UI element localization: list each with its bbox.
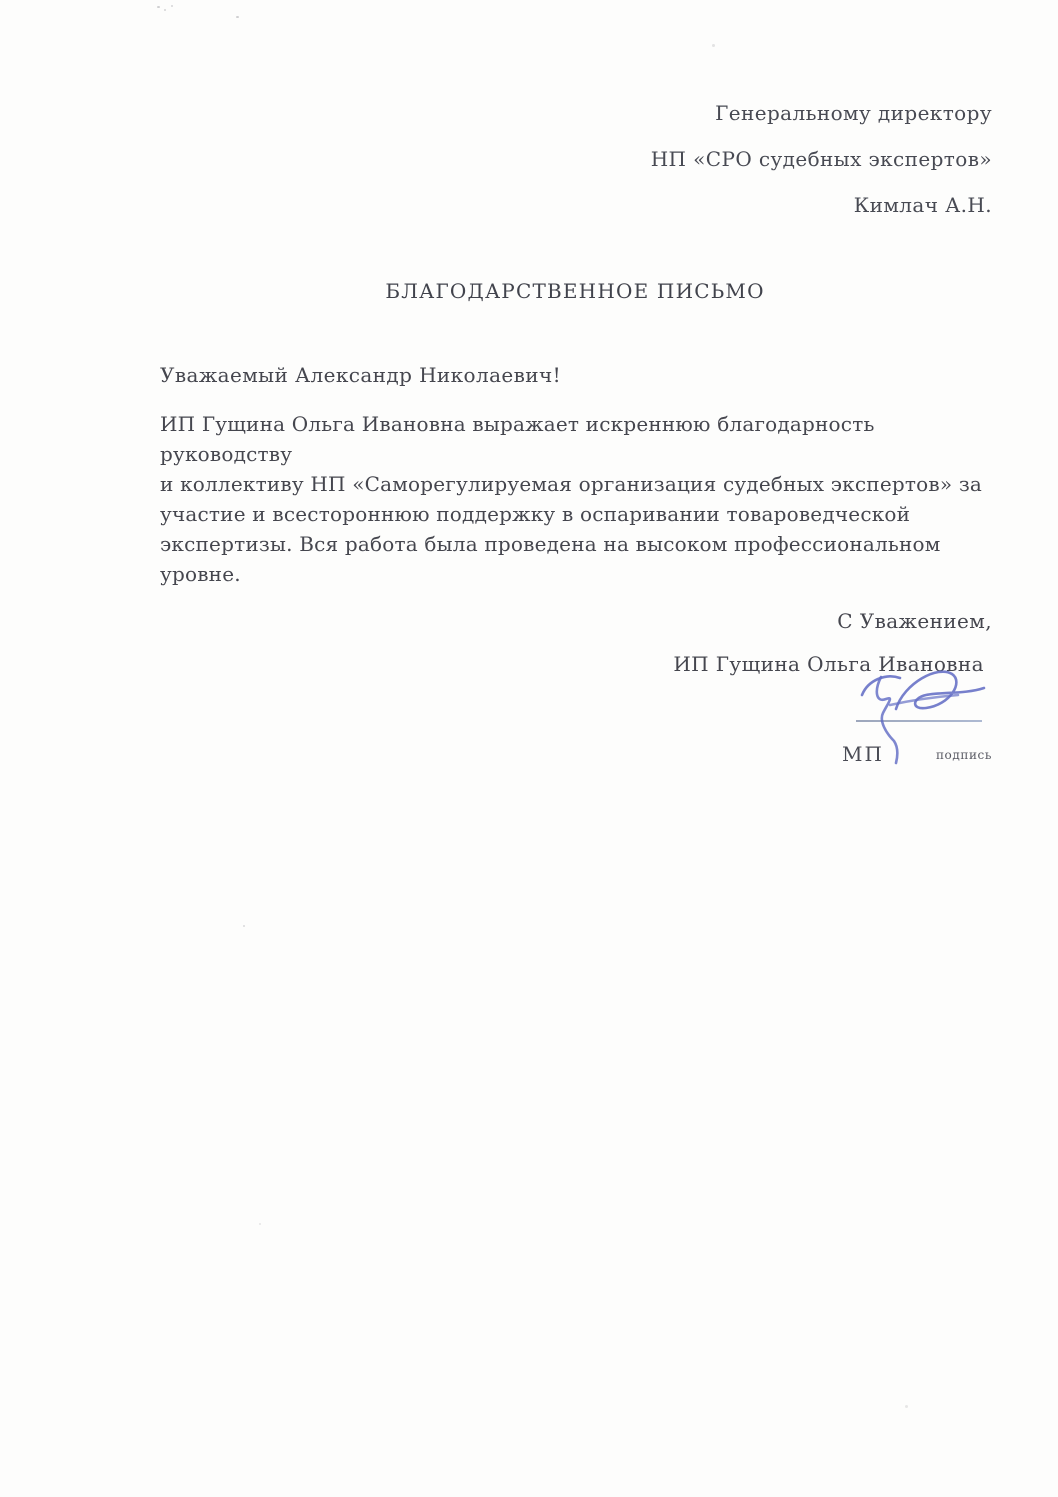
scan-speck: [157, 6, 160, 8]
scan-speck: [243, 925, 245, 927]
body-paragraph: ИП Гущина Ольга Ивановна выражает искрен…: [160, 409, 1005, 589]
paragraph-line: экспертизы. Вся работа была проведена на…: [160, 529, 1005, 559]
letter-title: БЛАГОДАРСТВЕННОЕ ПИСЬМО: [160, 279, 990, 303]
stamp-placeholder-label: МП: [842, 742, 884, 766]
recipient-line: Кимлач А.Н.: [651, 182, 992, 228]
scan-speck: [259, 1223, 261, 1225]
closing-regards: С Уважением,: [837, 609, 992, 633]
paragraph-line: участие и всестороннюю поддержку в оспар…: [160, 499, 1005, 529]
paragraph-line: уровне.: [160, 559, 1005, 589]
recipient-line: НП «СРО судебных экспертов»: [651, 136, 992, 182]
paragraph-line: и коллективу НП «Саморегулируемая органи…: [160, 469, 1005, 499]
scanned-letter-page: Генеральному директору НП «СРО судебных …: [0, 0, 1058, 1497]
scan-speck: [905, 1405, 908, 1408]
recipient-line: Генеральному директору: [651, 90, 992, 136]
scan-speck: [164, 9, 166, 11]
stamp-and-caption-row: МП подпись: [842, 742, 992, 766]
signature-caption-label: подпись: [936, 748, 992, 762]
scan-speck: [712, 44, 715, 47]
scan-speck: [236, 16, 239, 18]
salutation: Уважаемый Александр Николаевич!: [160, 363, 561, 387]
scan-speck: [171, 5, 173, 7]
paragraph-line: ИП Гущина Ольга Ивановна выражает искрен…: [160, 409, 1005, 469]
recipient-block: Генеральному директору НП «СРО судебных …: [651, 90, 992, 228]
